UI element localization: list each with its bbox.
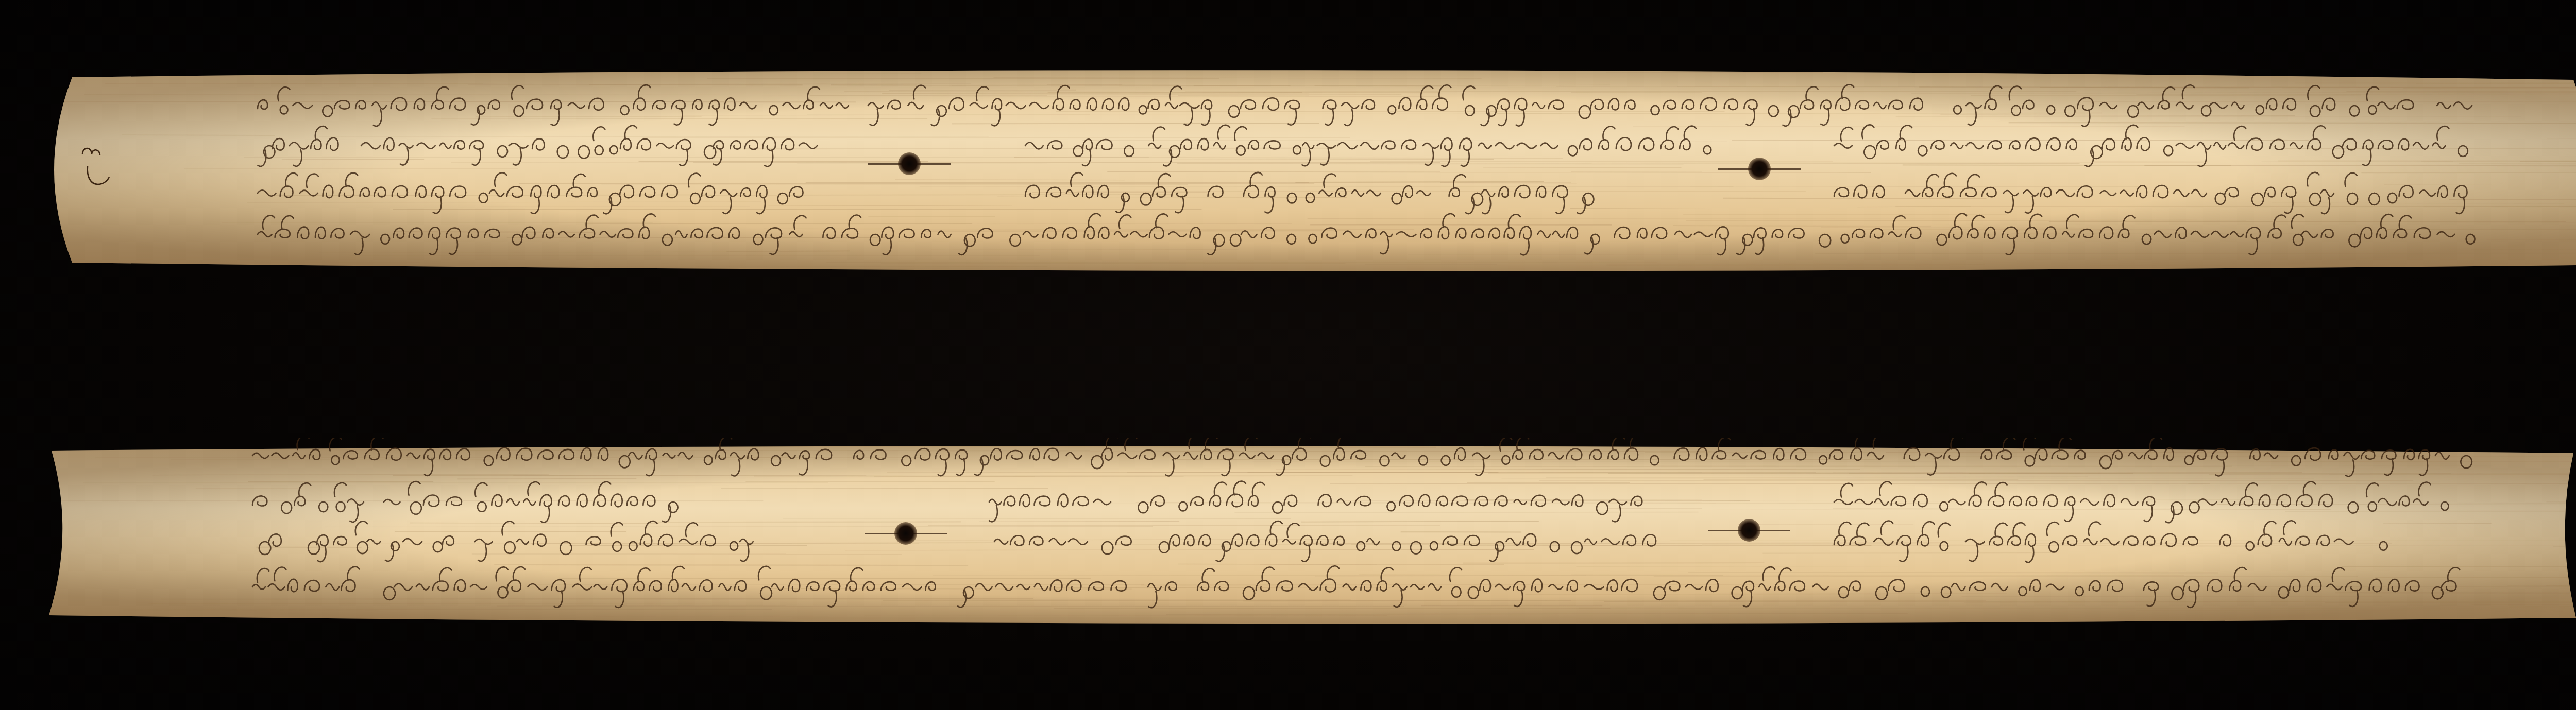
palm-leaf-upper xyxy=(52,67,2576,273)
binding-hole-2 xyxy=(1738,519,1760,542)
leaf-surface xyxy=(44,438,2576,628)
binding-hole-1 xyxy=(898,152,921,175)
binding-hole-1 xyxy=(894,522,917,545)
palm-leaf-lower xyxy=(44,438,2576,628)
leaf-surface xyxy=(52,67,2576,273)
binding-hole-2 xyxy=(1748,158,1771,180)
